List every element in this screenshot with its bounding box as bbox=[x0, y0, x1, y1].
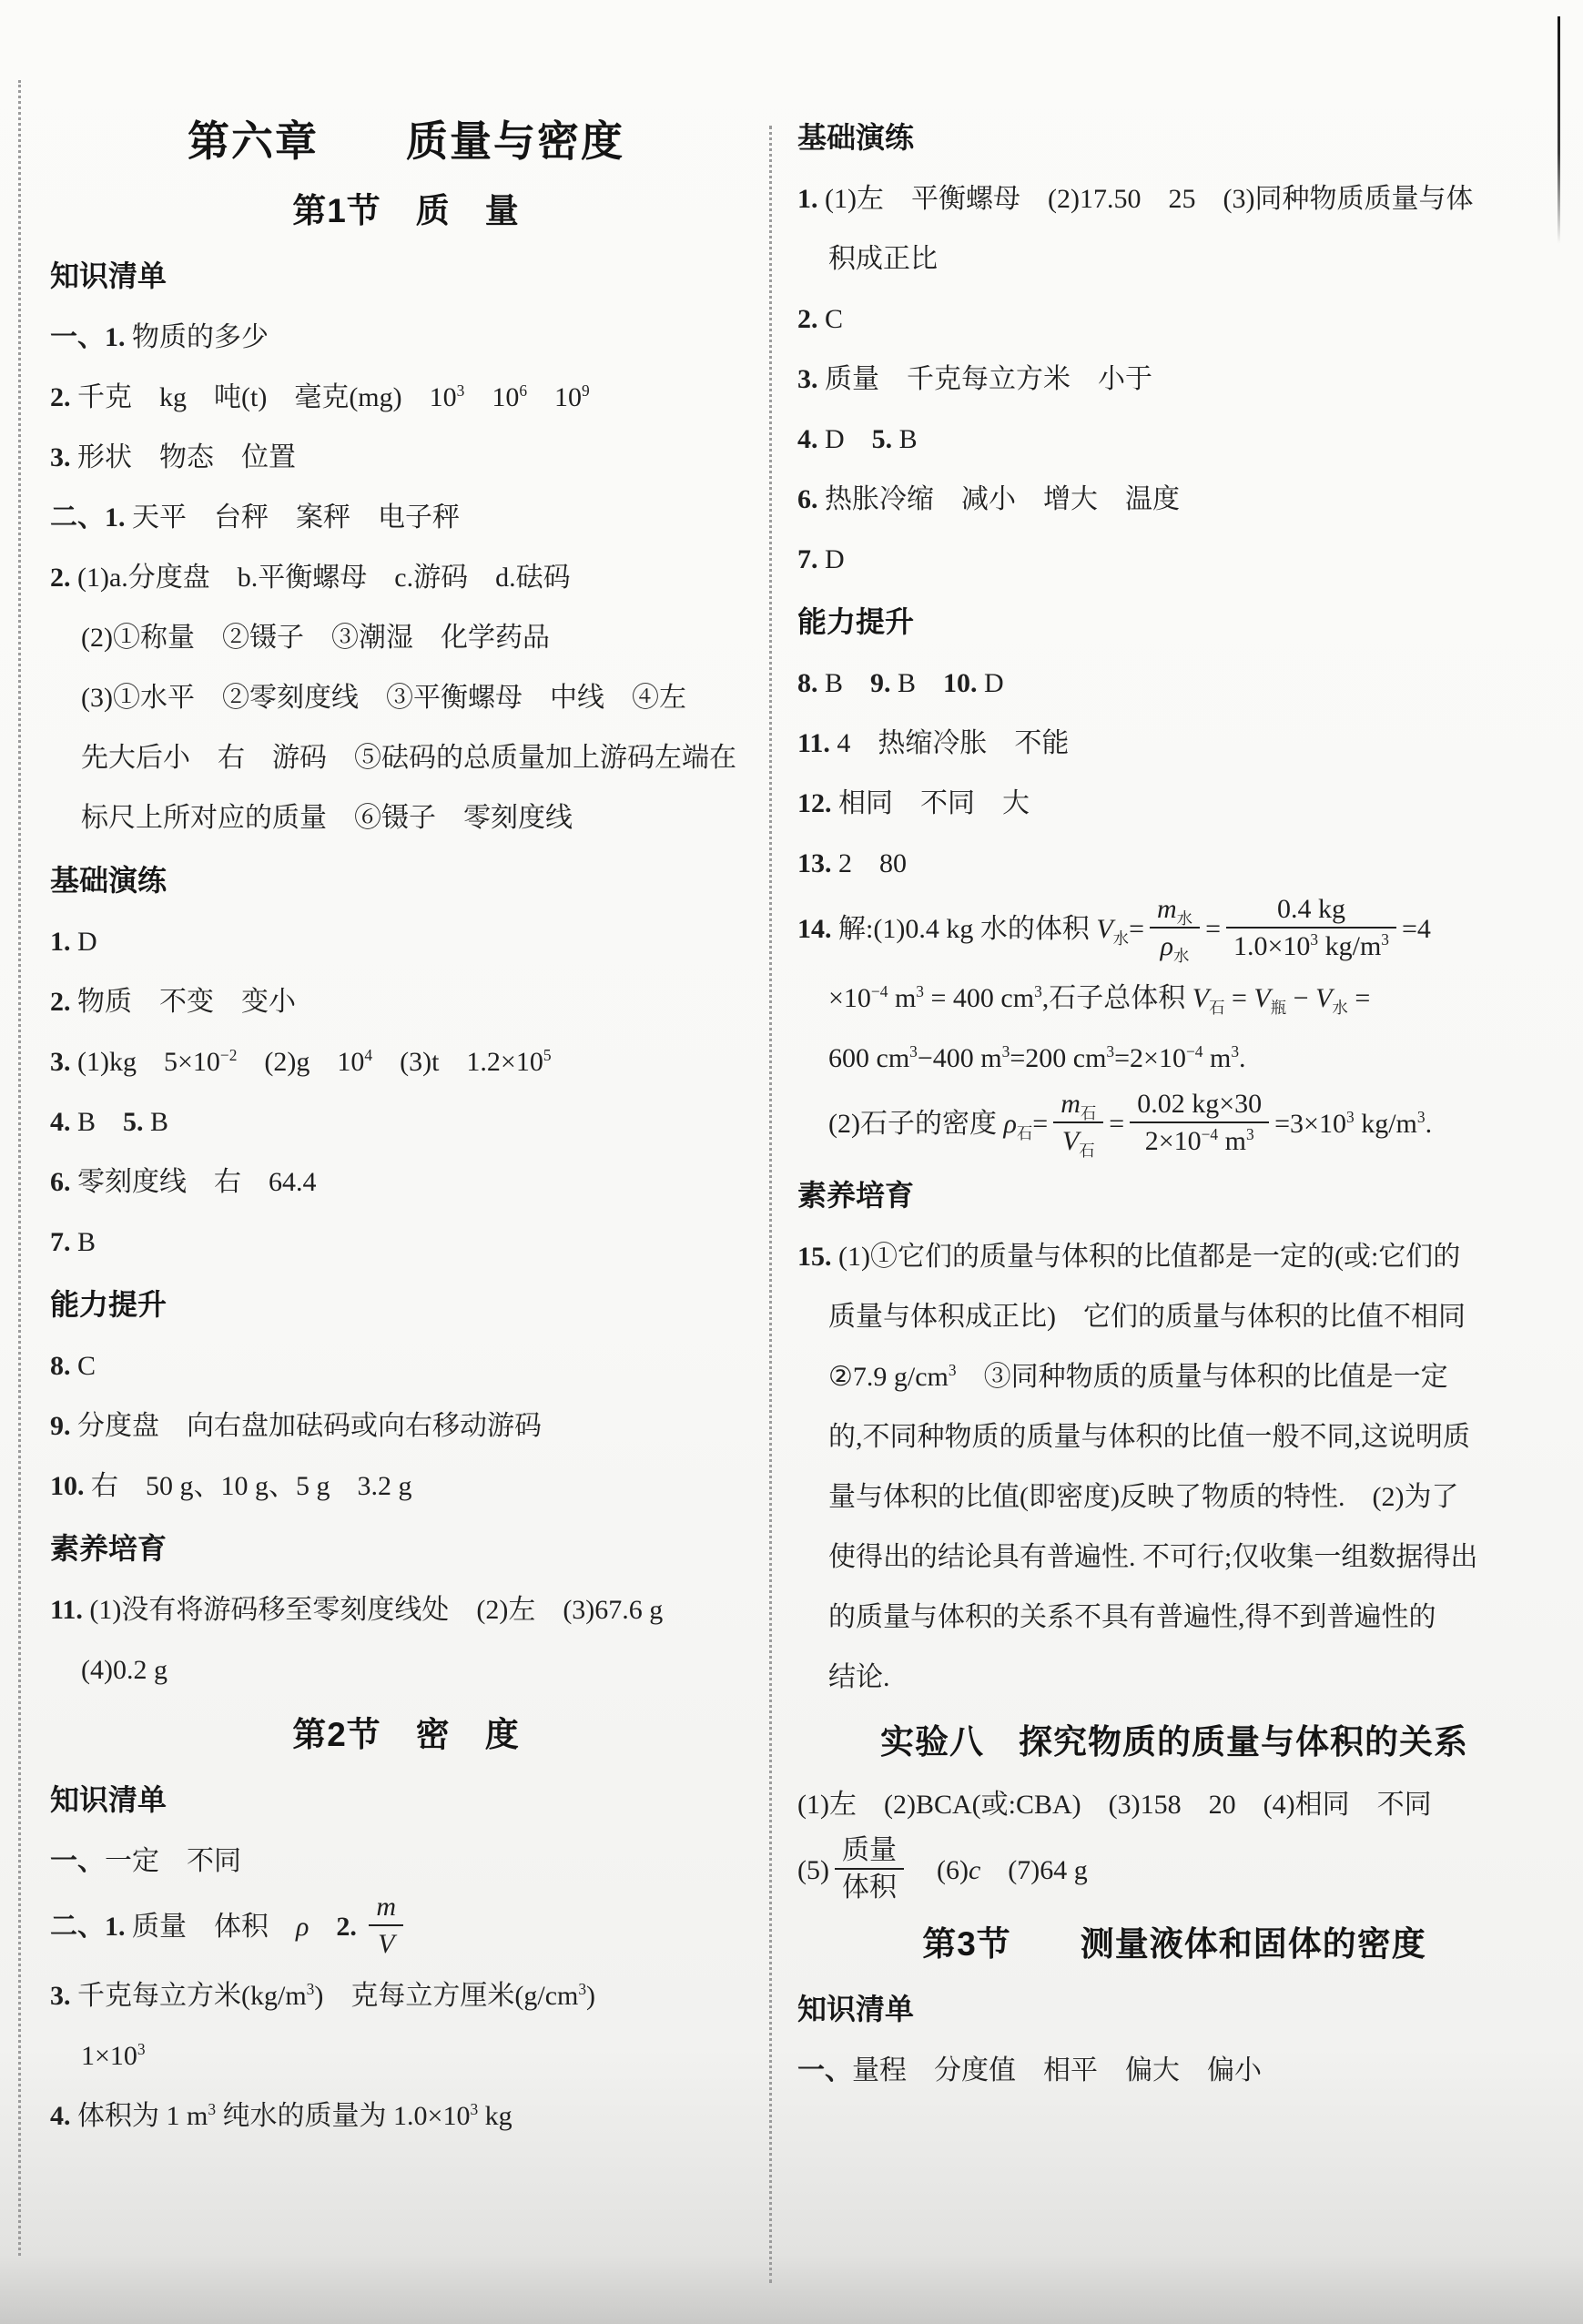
answer-line: 1. D bbox=[50, 912, 762, 972]
answer-line: 一、一定 不同 bbox=[50, 1832, 762, 1892]
fraction: m石V石 bbox=[1053, 1089, 1103, 1156]
answer-line: 先大后小 右 游码 ⑤砝码的总质量加上游码左端在 bbox=[50, 728, 762, 788]
answer-group-header: 素养培育 bbox=[797, 1163, 1551, 1227]
answer-line: 6. 热胀冷缩 减小 增大 温度 bbox=[797, 470, 1551, 530]
answer-line: (3)①水平 ②零刻度线 ③平衡螺母 中线 ④左 bbox=[50, 668, 762, 728]
fraction: 0.02 kg×302×10−4 m3 bbox=[1130, 1089, 1269, 1156]
answer-line: (2)石子的密度 ρ石=m石V石=0.02 kg×302×10−4 m3=3×1… bbox=[797, 1089, 1551, 1163]
answer-line: ×10−4 m3 = 400 cm3,石子总体积 V石 = V瓶 − V水 = bbox=[797, 969, 1551, 1029]
scanned-answer-page: 第六章 质量与密度第1节 质 量知识清单一、1. 物质的多少2. 千克 kg 吨… bbox=[0, 0, 1583, 2324]
answer-line: 4. 体积为 1 m3 纯水的质量为 1.0×103 kg bbox=[50, 2086, 762, 2146]
answer-line: 8. B 9. B 10. D bbox=[797, 654, 1551, 714]
answer-line: 量与体积的比值(即密度)反映了物质的特性. (2)为了 bbox=[797, 1467, 1551, 1527]
answer-line: 14. 解:(1)0.4 kg 水的体积 V水=m水ρ水=0.4 kg1.0×1… bbox=[797, 894, 1551, 969]
chapter-title: 第六章 质量与密度 bbox=[50, 106, 762, 177]
answer-line: 11. 4 热缩冷胀 不能 bbox=[797, 714, 1551, 774]
answer-group-header: 知识清单 bbox=[50, 244, 762, 308]
answer-line: 3. (1)kg 5×10−2 (2)g 104 (3)t 1.2×105 bbox=[50, 1032, 762, 1092]
fraction: m水ρ水 bbox=[1150, 894, 1200, 961]
answer-line: 10. 右 50 g、10 g、5 g 3.2 g bbox=[50, 1456, 762, 1517]
answer-line: (5)质量体积 (6)c (7)64 g bbox=[797, 1835, 1551, 1910]
section-title: 第2节 密 度 bbox=[50, 1708, 762, 1762]
left-column: 第六章 质量与密度第1节 质 量知识清单一、1. 物质的多少2. 千克 kg 吨… bbox=[50, 106, 762, 2146]
answer-line: 9. 分度盘 向右盘加砝码或向右移动游码 bbox=[50, 1396, 762, 1456]
answer-line: 一、量程 分度值 相平 偏大 偏小 bbox=[797, 2041, 1551, 2101]
section-title: 实验八 探究物质的质量与体积的关系 bbox=[797, 1715, 1551, 1770]
answer-line: 1. (1)左 平衡螺母 (2)17.50 25 (3)同种物质质量与体 bbox=[797, 169, 1551, 229]
answer-line: 3. 千克每立方米(kg/m3) 克每立方厘米(g/cm3) bbox=[50, 1966, 762, 2026]
answer-line: (1)左 (2)BCA(或:CBA) (3)158 20 (4)相同 不同 bbox=[797, 1775, 1551, 1835]
answer-group-header: 基础演练 bbox=[50, 848, 762, 912]
answer-line: 3. 形状 物态 位置 bbox=[50, 428, 762, 488]
answer-line: 2. C bbox=[797, 289, 1551, 350]
fraction: mV bbox=[369, 1892, 403, 1959]
answer-line: 11. (1)没有将游码移至零刻度线处 (2)左 (3)67.6 g bbox=[50, 1580, 762, 1640]
answer-group-header: 素养培育 bbox=[50, 1517, 762, 1580]
answer-group-header: 能力提升 bbox=[50, 1273, 762, 1336]
answer-line: (2)①称量 ②镊子 ③潮湿 化学药品 bbox=[50, 608, 762, 668]
answer-line: 600 cm3−400 m3=200 cm3=2×10−4 m3. bbox=[797, 1029, 1551, 1089]
fraction: 0.4 kg1.0×103 kg/m3 bbox=[1226, 894, 1396, 961]
answer-line: 2. 物质 不变 变小 bbox=[50, 972, 762, 1032]
answer-line: 结论. bbox=[797, 1648, 1551, 1708]
answer-line: 一、1. 物质的多少 bbox=[50, 308, 762, 368]
answer-line: 二、1. 质量 体积 ρ 2. mV bbox=[50, 1892, 762, 1966]
answer-line: 4. B 5. B bbox=[50, 1092, 762, 1152]
answer-group-header: 知识清单 bbox=[797, 1977, 1551, 2041]
section-title: 第1节 质 量 bbox=[50, 184, 762, 238]
answer-line: 3. 质量 千克每立方米 小于 bbox=[797, 350, 1551, 410]
answer-line: 1×103 bbox=[50, 2026, 762, 2086]
answer-line: 12. 相同 不同 大 bbox=[797, 774, 1551, 834]
answer-group-header: 基础演练 bbox=[797, 106, 1551, 169]
answer-line: 15. (1)①它们的质量与体积的比值都是一定的(或:它们的 bbox=[797, 1227, 1551, 1287]
answer-line: 8. C bbox=[50, 1336, 762, 1396]
column-divider-dotted-rule bbox=[769, 126, 772, 2283]
answer-line: 7. B bbox=[50, 1213, 762, 1273]
answer-line: ②7.9 g/cm3 ③同种物质的质量与体积的比值是一定 bbox=[797, 1347, 1551, 1407]
answer-line: 13. 2 80 bbox=[797, 834, 1551, 894]
answer-group-header: 知识清单 bbox=[50, 1768, 762, 1832]
answer-line: 质量与体积成正比) 它们的质量与体积的比值不相同 bbox=[797, 1287, 1551, 1347]
answer-line: 使得出的结论具有普遍性. 不可行;仅收集一组数据得出 bbox=[797, 1527, 1551, 1588]
answer-line: 标尺上所对应的质量 ⑥镊子 零刻度线 bbox=[50, 788, 762, 848]
section-title: 第3节 测量液体和固体的密度 bbox=[797, 1917, 1551, 1972]
left-margin-dotted-rule bbox=[18, 80, 21, 2256]
answer-line: 7. D bbox=[797, 530, 1551, 590]
right-column: 基础演练1. (1)左 平衡螺母 (2)17.50 25 (3)同种物质质量与体… bbox=[797, 106, 1551, 2101]
answer-line: 4. D 5. B bbox=[797, 410, 1551, 470]
answer-line: 二、1. 天平 台秤 案秤 电子秤 bbox=[50, 488, 762, 548]
scan-edge-artifact bbox=[1558, 16, 1560, 244]
answer-line: 的质量与体积的关系不具有普遍性,得不到普遍性的 bbox=[797, 1588, 1551, 1648]
answer-line: 的,不同种物质的质量与体积的比值一般不同,这说明质 bbox=[797, 1407, 1551, 1467]
answer-line: 积成正比 bbox=[797, 229, 1551, 289]
answer-group-header: 能力提升 bbox=[797, 590, 1551, 654]
answer-line: (4)0.2 g bbox=[50, 1640, 762, 1700]
answer-line: 2. (1)a.分度盘 b.平衡螺母 c.游码 d.砝码 bbox=[50, 548, 762, 608]
answer-line: 2. 千克 kg 吨(t) 毫克(mg) 103 106 109 bbox=[50, 368, 762, 428]
fraction: 质量体积 bbox=[835, 1835, 904, 1903]
answer-line: 6. 零刻度线 右 64.4 bbox=[50, 1152, 762, 1213]
